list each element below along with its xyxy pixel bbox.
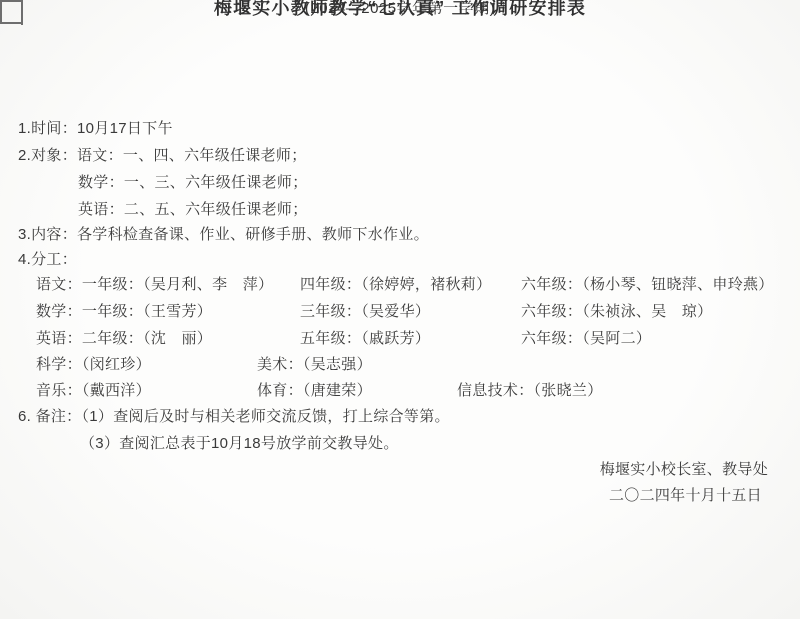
division-cell: 四年级：（徐婷婷，褚秋莉） <box>300 276 491 293</box>
line-time: 1.时间：10月17日下午 <box>18 120 173 137</box>
date: 二〇二四年十月十五日 <box>609 487 762 504</box>
division-cell: 六年级：（吴阿二） <box>521 330 651 347</box>
page-subtitle: (2024—2025学年第一学期) <box>0 0 800 17</box>
division-cell: 五年级：（戚跃芳） <box>300 330 430 347</box>
division-cell: 英语：二年级：（沈 丽） <box>36 330 212 347</box>
line-note-1: 6. 备注：（1）查阅后及时与相关老师交流反馈，打上综合等第。 <box>18 408 450 425</box>
division-row-chinese: 语文：一年级：（吴月利、李 萍） 四年级：（徐婷婷，褚秋莉） 六年级：（杨小琴、… <box>0 276 800 296</box>
line-division-heading: 4.分工： <box>18 251 77 268</box>
division-cell: 信息技术：（张晓兰） <box>457 382 603 399</box>
division-cell: 三年级：（吴爱华） <box>300 303 430 320</box>
division-cell: 六年级：（杨小琴、钮晓萍、申玲燕） <box>521 276 774 293</box>
division-row-music-pe-it: 音乐：（戴西洋） 体育：（唐建荣） 信息技术：（张晓兰） <box>0 382 800 402</box>
division-cell: 美术：（吴志强） <box>257 356 372 373</box>
division-cell: 数学：一年级：（王雪芳） <box>36 303 212 320</box>
line-target-math: 数学：一、三、六年级任课老师； <box>78 174 308 191</box>
signature: 梅堰实小校长室、教导处 <box>600 461 768 478</box>
document-page: 梅堰实小教师教学“七认真” 工作调研安排表 (2024—2025学年第一学期) … <box>0 0 800 619</box>
line-target-english: 英语：二、五、六年级任课老师； <box>78 201 308 218</box>
division-cell: 体育：（唐建荣） <box>257 382 372 399</box>
line-note-2: （3）查阅汇总表于10月18号放学前交教导处。 <box>80 435 399 452</box>
division-row-english: 英语：二年级：（沈 丽） 五年级：（戚跃芳） 六年级：（吴阿二） <box>0 330 800 350</box>
line-content: 3.内容：各学科检查备课、作业、研修手册、教师下水作业。 <box>18 226 429 243</box>
division-cell: 六年级：（朱祯泳、吴 琼） <box>521 303 712 320</box>
division-row-math: 数学：一年级：（王雪芳） 三年级：（吴爱华） 六年级：（朱祯泳、吴 琼） <box>0 303 800 323</box>
division-row-science-art: 科学：（闵红珍） 美术：（吴志强） <box>0 356 800 376</box>
division-cell: 科学：（闵红珍） <box>36 356 151 373</box>
line-target-chinese: 2.对象：语文：一、四、六年级任课老师； <box>18 147 307 164</box>
division-cell: 语文：一年级：（吴月利、李 萍） <box>36 276 273 293</box>
division-cell: 音乐：（戴西洋） <box>36 382 151 399</box>
